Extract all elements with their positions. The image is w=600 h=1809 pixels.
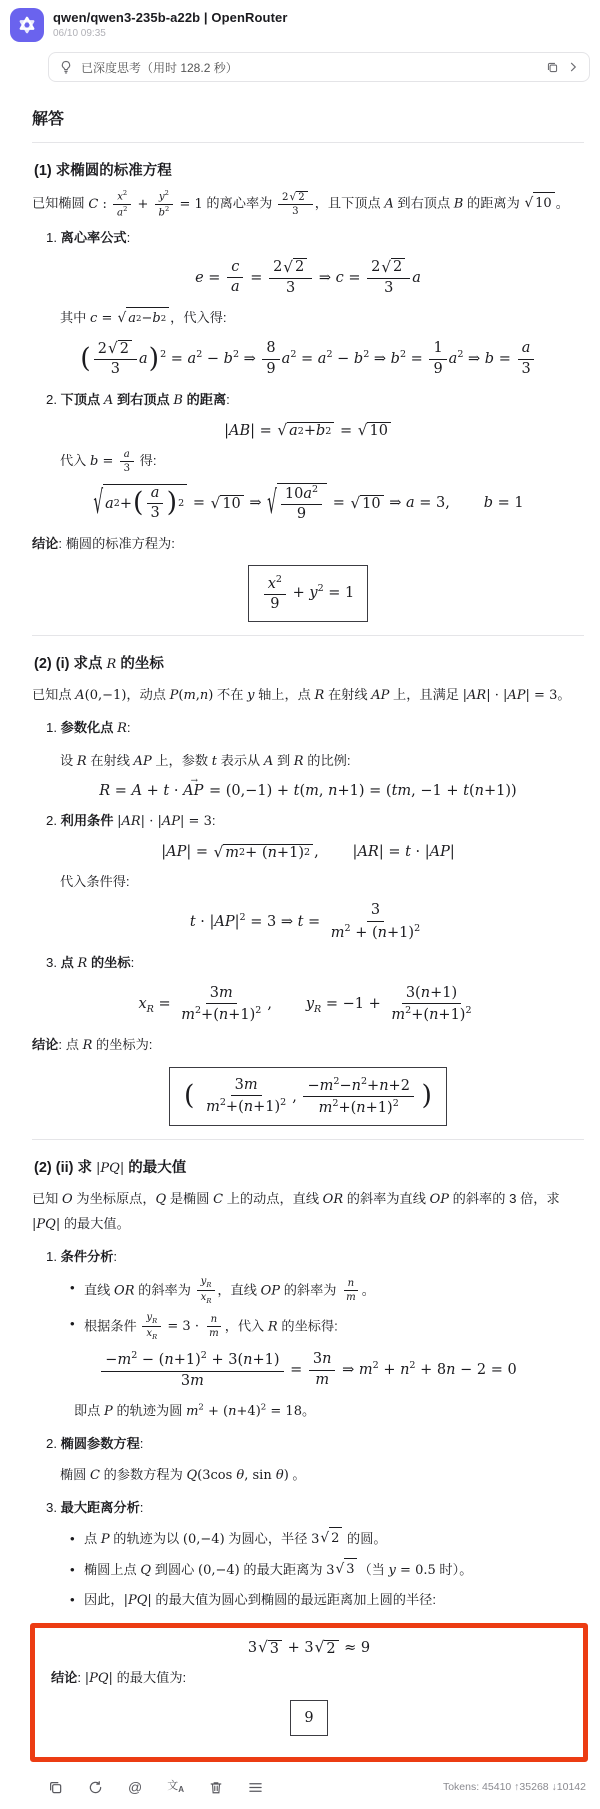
paragraph: 代入条件得: — [32, 870, 584, 893]
divider — [32, 1139, 584, 1140]
display-equation: xR = 3mm2+(n+1)2, yR = −1 + 3(n+1)m2+(n+… — [32, 985, 584, 1025]
list-item: 1. 条件分析: — [32, 1245, 584, 1268]
copy-button[interactable] — [46, 1778, 65, 1797]
paragraph: 设 R 在射线 AP 上，参数 t 表示从 A 到 R 的比例: — [32, 749, 584, 774]
copy-icon[interactable] — [546, 61, 559, 74]
mention-button[interactable]: @ — [126, 1778, 144, 1796]
section-heading: (1) 求椭圆的标准方程 — [34, 159, 584, 180]
translate-icon: 文A — [167, 1781, 184, 1794]
highlighted-region: 3√3 + 3√2 ≈ 9结论: |PQ| 的最大值为:9 — [30, 1623, 588, 1762]
boxed-equation: x29 + y2 = 1 — [32, 565, 584, 623]
menu-button[interactable] — [246, 1779, 265, 1796]
display-equation: |AB| = √a2 + b2 = √10 — [32, 422, 584, 440]
message-footer: @ 文A Tokens: 45410 ↑35268 ↓10142 — [0, 1768, 600, 1809]
thinking-summary-label: 已深度思考（用时 128.2 秒） — [81, 59, 538, 76]
delete-button[interactable] — [207, 1778, 225, 1797]
thinking-summary-bar[interactable]: 已深度思考（用时 128.2 秒） — [48, 52, 590, 82]
translate-button[interactable]: 文A — [165, 1779, 186, 1796]
bullet-item: 椭圆上点 Q 到圆心 (0,−4) 的最大距离为 3√3（当 y = 0.5 时… — [32, 1558, 584, 1583]
display-equation: t · |AP|2 = 3 ⇒ t = 3m2 + (n+1)2 — [32, 902, 584, 942]
answer-title: 解答 — [32, 106, 584, 129]
display-equation: 3√3 + 3√2 ≈ 9 — [51, 1639, 567, 1657]
display-equation: −m2 − (n+1)2 + 3(n+1)3m = 3nm ⇒ m2 + n2 … — [32, 1350, 584, 1390]
paragraph: 代入 b = a3 得: — [32, 449, 584, 474]
boxed-equation: 9 — [51, 1700, 567, 1736]
paragraph: 结论: |PQ| 的最大值为: — [51, 1666, 567, 1691]
bullet-item: 因此，|PQ| 的最大值为圆心到椭圆的最远距离加上圆的半径: — [32, 1588, 584, 1613]
paragraph: 结论: 椭圆的标准方程为: — [32, 532, 584, 555]
display-equation: e = ca = 2√23 ⇒ c = 2√23a — [32, 258, 584, 297]
display-equation: √a2 + (a3)2 = √10 ⇒ √10a29 = √10 ⇒ a = 3… — [32, 483, 584, 524]
divider — [32, 635, 584, 636]
list-item: 2. 下顶点 A 到右顶点 B 的距离: — [32, 388, 584, 413]
message-timestamp: 06/10 09:35 — [53, 28, 287, 39]
regenerate-button[interactable] — [86, 1778, 105, 1797]
message-toolbar: @ 文A — [46, 1778, 265, 1797]
model-title: qwen/qwen3-235b-a22b | OpenRouter — [53, 10, 287, 25]
qwen-logo-icon — [10, 8, 44, 42]
bullet-item: 根据条件 yRxR = 3 · nm，代入 R 的坐标得: — [32, 1312, 584, 1342]
display-equation: (2√23a)2 = a2 − b2 ⇒ 89a2 = a2 − b2 ⇒ b2… — [32, 340, 584, 379]
bullet-item: 点 P 的轨迹为以 (0,−4) 为圆心，半径 3√2 的圆。 — [32, 1527, 584, 1552]
paragraph: 即点 P 的轨迹为圆 m2 + (n+4)2 = 18。 — [32, 1399, 584, 1424]
list-item: 2. 利用条件 |AR| · |AP| = 3: — [32, 809, 584, 834]
paragraph: 已知 O 为坐标原点，Q 是椭圆 C 上的动点，直线 OR 的斜率为直线 OP … — [32, 1187, 584, 1237]
divider — [32, 142, 584, 143]
message-header: qwen/qwen3-235b-a22b | OpenRouter 06/10 … — [0, 0, 600, 44]
paragraph: 其中 c = √a2 − b2，代入得: — [32, 306, 584, 331]
chevron-right-icon[interactable] — [567, 61, 579, 73]
section-heading: (2) (i) 求点 R 的坐标 — [34, 652, 584, 673]
answer-document: 解答 (1) 求椭圆的标准方程已知椭圆 C : x2a2 + y2b2 = 1 … — [0, 86, 600, 1768]
paragraph: 已知椭圆 C : x2a2 + y2b2 = 1 的离心率为 2√23，且下顶点… — [32, 190, 584, 218]
token-usage: Tokens: 45410 ↑35268 ↓10142 — [443, 1781, 586, 1793]
bullet-item: 直线 OR 的斜率为 yRxR，直线 OP 的斜率为 nm。 — [32, 1276, 584, 1306]
paragraph: 已知点 A(0,−1)，动点 P(m,n) 不在 y 轴上，点 R 在射线 AP… — [32, 683, 584, 708]
answer-blocks: (1) 求椭圆的标准方程已知椭圆 C : x2a2 + y2b2 = 1 的离心… — [32, 142, 584, 1762]
list-item: 1. 参数化点 R: — [32, 716, 584, 741]
lightbulb-icon — [59, 60, 73, 74]
section-heading: (2) (ii) 求 |PQ| 的最大值 — [34, 1156, 584, 1177]
list-item: 3. 点 R 的坐标: — [32, 951, 584, 976]
paragraph: 结论: 点 R 的坐标为: — [32, 1033, 584, 1058]
list-item: 2. 椭圆参数方程: — [32, 1432, 584, 1455]
display-equation: |AP| = √m2 + (n+1)2, |AR| = t · |AP| — [32, 843, 584, 861]
list-item: 1. 离心率公式: — [32, 226, 584, 249]
boxed-equation: ( 3mm2+(n+1)2, −m2−n2+n+2m2+(n+1)2 ) — [32, 1067, 584, 1126]
paragraph: 椭圆 C 的参数方程为 Q(3cos θ, sin θ) 。 — [32, 1463, 584, 1488]
display-equation: R = A + t · AP = (0,−1) + t(m, n+1) = (t… — [32, 782, 584, 800]
list-item: 3. 最大距离分析: — [32, 1496, 584, 1519]
